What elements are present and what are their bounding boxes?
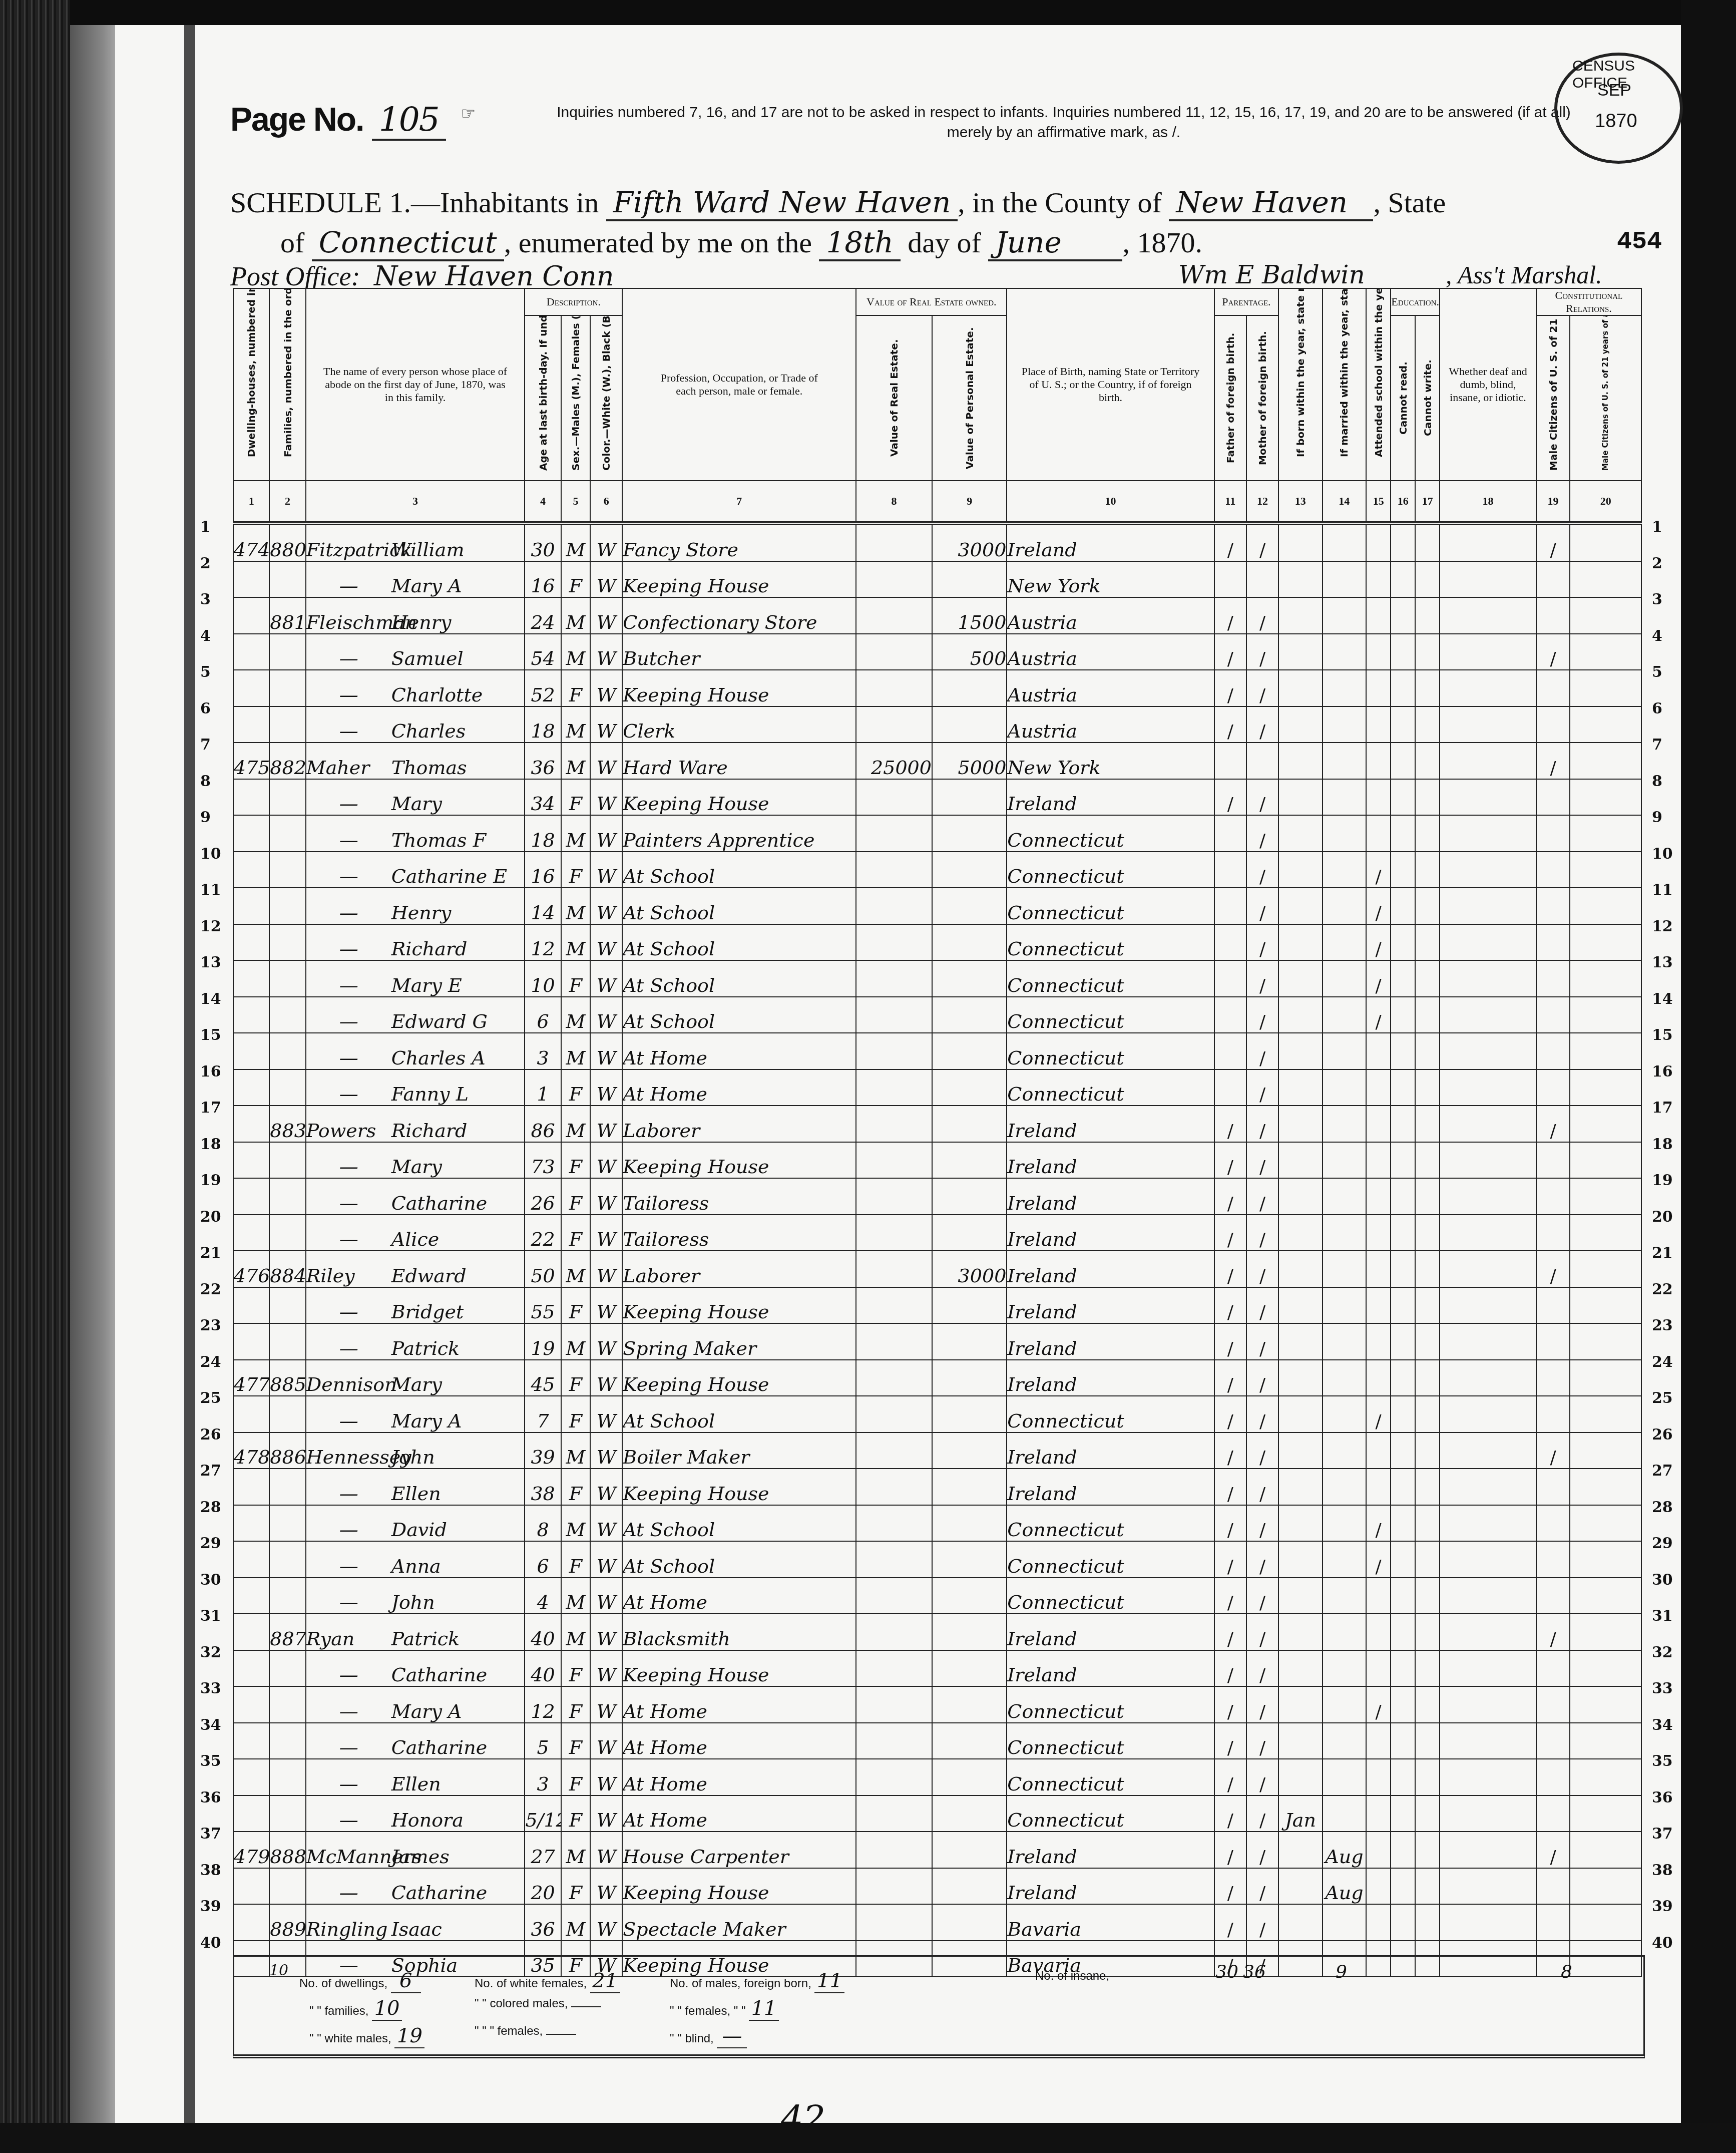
dwelling-number [233, 634, 269, 670]
attended-school-mark [1366, 1759, 1391, 1796]
cannot-read-mark [1391, 997, 1415, 1033]
surname: Ringling [306, 1918, 391, 1940]
cannot-write-mark [1415, 1759, 1440, 1796]
totals-blind: " " blind, — [670, 2024, 747, 2048]
color: W [590, 1868, 622, 1905]
mother-foreign-mark: / [1246, 1287, 1278, 1324]
cannot-write-mark [1415, 1360, 1440, 1396]
father-foreign-mark [1214, 743, 1246, 779]
line-number-left: 26 [200, 1426, 221, 1444]
dwelling-number: 476 [233, 1251, 269, 1287]
married-month [1323, 1686, 1367, 1723]
father-foreign-mark: / [1214, 706, 1246, 743]
totals-colored-males: " " colored males, [475, 1997, 601, 2011]
family-number [269, 1686, 305, 1723]
header-deaf-blind: Whether deaf and dumb, blind, insane, or… [1440, 288, 1536, 481]
birthplace: Austria [1007, 706, 1214, 743]
vote-denied-mark [1570, 1469, 1641, 1505]
attended-school-mark [1366, 1323, 1391, 1360]
occupation: Tailoress [622, 1178, 856, 1215]
line-number-right: 38 [1652, 1862, 1673, 1879]
person-name: —Ellen [306, 1759, 525, 1796]
born-month [1278, 1759, 1323, 1796]
given-name: Catharine [391, 1664, 487, 1686]
line-number-left: 8 [200, 773, 211, 790]
age: 16 [525, 852, 561, 888]
sex: M [561, 1033, 590, 1069]
person-name: —Thomas F [306, 815, 525, 852]
line-number-right: 8 [1652, 773, 1662, 790]
vote-denied-mark [1570, 670, 1641, 706]
male-citizen-mark: / [1536, 1432, 1570, 1469]
mother-foreign-mark: / [1246, 1904, 1278, 1941]
deaf-blind [1440, 1142, 1536, 1179]
birthplace: Connecticut [1007, 1033, 1214, 1069]
born-month [1278, 1142, 1323, 1179]
married-month [1323, 1396, 1367, 1432]
birthplace: Connecticut [1007, 1396, 1214, 1432]
line-number-right: 28 [1652, 1499, 1673, 1516]
surname: Dennison [306, 1373, 391, 1395]
color: W [590, 1541, 622, 1578]
vote-denied-mark [1570, 1832, 1641, 1868]
cannot-write-mark [1415, 743, 1440, 779]
given-name: Catharine [391, 1882, 487, 1904]
married-month [1323, 924, 1367, 961]
line-number-right: 17 [1652, 1099, 1673, 1117]
real-estate-value [856, 1759, 932, 1796]
married-month [1323, 561, 1367, 598]
real-estate-value [856, 1215, 932, 1251]
male-citizen-mark [1536, 1904, 1570, 1941]
dwelling-number [233, 1215, 269, 1251]
age: 54 [525, 634, 561, 670]
surname: — [306, 1228, 391, 1250]
surname: Riley [306, 1265, 391, 1287]
attended-school-mark [1366, 1069, 1391, 1106]
sex: F [561, 852, 590, 888]
sex: M [561, 1578, 590, 1614]
mother-foreign-mark: / [1246, 1541, 1278, 1578]
married-month [1323, 888, 1367, 924]
person-name: —Honora [306, 1796, 525, 1832]
occupation: Fancy Store [622, 523, 856, 561]
married-month [1323, 1614, 1367, 1650]
age: 20 [525, 1868, 561, 1905]
real-estate-value [856, 997, 932, 1033]
sex: F [561, 1069, 590, 1106]
family-number [269, 1578, 305, 1614]
person-name: HennesseyJohn [306, 1432, 525, 1469]
header-age: Age at last birth-day. If under 1 year, … [525, 315, 561, 481]
vote-denied-mark [1570, 1396, 1641, 1432]
attended-school-mark [1366, 1033, 1391, 1069]
color: W [590, 1396, 622, 1432]
cannot-write-mark [1415, 779, 1440, 816]
birthplace: Austria [1007, 670, 1214, 706]
age: 16 [525, 561, 561, 598]
state-field: Connecticut [312, 225, 504, 261]
sex: M [561, 597, 590, 634]
real-estate-value [856, 1323, 932, 1360]
born-month [1278, 1650, 1323, 1687]
given-name: David [391, 1519, 447, 1541]
line-number-left: 21 [200, 1244, 221, 1262]
sex: F [561, 1541, 590, 1578]
occupation: Keeping House [622, 779, 856, 816]
birthplace: Ireland [1007, 1215, 1214, 1251]
deaf-blind [1440, 1287, 1536, 1324]
deaf-blind [1440, 743, 1536, 779]
vote-denied-mark [1570, 1069, 1641, 1106]
family-number [269, 670, 305, 706]
line-number-left: 38 [200, 1862, 221, 1879]
father-foreign-mark: / [1214, 1759, 1246, 1796]
vote-denied-mark [1570, 706, 1641, 743]
day-field: 18th [819, 225, 900, 261]
birthplace: Ireland [1007, 1106, 1214, 1142]
real-estate-value [856, 1106, 932, 1142]
attended-school-mark [1366, 1832, 1391, 1868]
given-name: Mary [391, 793, 442, 815]
line-number-right: 34 [1652, 1716, 1673, 1734]
male-citizen-mark: / [1536, 523, 1570, 561]
occupation: At School [622, 1505, 856, 1542]
father-foreign-mark [1214, 561, 1246, 598]
sex: M [561, 1432, 590, 1469]
personal-estate-value [932, 1323, 1007, 1360]
age: 6 [525, 1541, 561, 1578]
dwelling-number [233, 670, 269, 706]
family-number [269, 924, 305, 961]
surname: — [306, 793, 391, 815]
surname: — [306, 575, 391, 597]
color: W [590, 1323, 622, 1360]
deaf-blind [1440, 1578, 1536, 1614]
married-month [1323, 997, 1367, 1033]
surname: — [306, 865, 391, 887]
totals-father-foreign: 30 [1215, 1962, 1238, 1982]
dwelling-number [233, 1614, 269, 1650]
county-field: New Haven [1169, 185, 1373, 221]
male-citizen-mark [1536, 1868, 1570, 1905]
deaf-blind [1440, 1251, 1536, 1287]
cannot-read-mark [1391, 1904, 1415, 1941]
month-field: June [988, 225, 1122, 261]
header-vote-denied: Male Citizens of U. S. of 21 years of ag… [1570, 315, 1641, 481]
born-month [1278, 1686, 1323, 1723]
person-name: —Mary A [306, 1396, 525, 1432]
totals-white-males: " " white males, 19 [309, 2024, 424, 2048]
cannot-write-mark [1415, 1614, 1440, 1650]
sex: F [561, 1396, 590, 1432]
cannot-read-mark [1391, 670, 1415, 706]
sex: F [561, 1178, 590, 1215]
line-number-right: 16 [1652, 1063, 1673, 1081]
cannot-write-mark [1415, 852, 1440, 888]
birthplace: Ireland [1007, 1614, 1214, 1650]
real-estate-value [856, 1796, 932, 1832]
born-month [1278, 1469, 1323, 1505]
line-number-right: 39 [1652, 1898, 1673, 1915]
vote-denied-mark [1570, 815, 1641, 852]
table-row: —Ellen38FWKeeping HouseIreland// [233, 1469, 1641, 1505]
header-cannot-read: Cannot read. [1391, 315, 1415, 481]
cannot-write-mark [1415, 1287, 1440, 1324]
real-estate-value [856, 1432, 932, 1469]
line-number-left: 29 [200, 1535, 221, 1552]
cannot-write-mark [1415, 815, 1440, 852]
occupation: At Home [622, 1578, 856, 1614]
scan-right-border [1681, 0, 1736, 2153]
cannot-write-mark [1415, 1650, 1440, 1687]
family-number [269, 1868, 305, 1905]
born-month [1278, 1541, 1323, 1578]
age: 10 [525, 960, 561, 997]
color: W [590, 1069, 622, 1106]
personal-estate-value: 1500 [932, 597, 1007, 634]
occupation: Keeping House [622, 1142, 856, 1179]
color: W [590, 1469, 622, 1505]
person-name: —Edward G [306, 997, 525, 1033]
family-number [269, 815, 305, 852]
family-number [269, 888, 305, 924]
table-row: 475882MaherThomas36MWHard Ware250005000N… [233, 743, 1641, 779]
age: 40 [525, 1614, 561, 1650]
cannot-write-mark [1415, 706, 1440, 743]
color: W [590, 1796, 622, 1832]
color: W [590, 1251, 622, 1287]
cannot-write-mark [1415, 1578, 1440, 1614]
dwelling-number [233, 1541, 269, 1578]
father-foreign-mark [1214, 1069, 1246, 1106]
totals-footer: 10 No. of dwellings, 6 No. of white fema… [233, 1955, 1645, 2058]
deaf-blind [1440, 1541, 1536, 1578]
attended-school-mark [1366, 1469, 1391, 1505]
person-name: —John [306, 1578, 525, 1614]
real-estate-value [856, 1578, 932, 1614]
surname: — [306, 1773, 391, 1795]
line-number-left: 28 [200, 1499, 221, 1516]
age: 18 [525, 815, 561, 852]
personal-estate-value [932, 1142, 1007, 1179]
birthplace: Ireland [1007, 1178, 1214, 1215]
person-name: —Mary [306, 1142, 525, 1179]
person-name: McMannersJames [306, 1832, 525, 1868]
real-estate-value [856, 1723, 932, 1759]
attended-school-mark [1366, 561, 1391, 598]
line-number-left: 39 [200, 1898, 221, 1915]
birthplace: Ireland [1007, 1251, 1214, 1287]
father-foreign-mark [1214, 815, 1246, 852]
vote-denied-mark [1570, 561, 1641, 598]
surname: — [306, 974, 391, 996]
line-number-right: 33 [1652, 1680, 1673, 1697]
person-name: —Catharine [306, 1723, 525, 1759]
real-estate-value [856, 706, 932, 743]
surname: — [306, 1809, 391, 1831]
born-month [1278, 815, 1323, 852]
cannot-read-mark [1391, 1287, 1415, 1324]
color: W [590, 1432, 622, 1469]
personal-estate-value [932, 779, 1007, 816]
personal-estate-value [932, 1723, 1007, 1759]
family-number [269, 1759, 305, 1796]
attended-school-mark [1366, 1432, 1391, 1469]
dwelling-number [233, 1759, 269, 1796]
born-month [1278, 670, 1323, 706]
attended-school-mark [1366, 1614, 1391, 1650]
personal-estate-value [932, 960, 1007, 997]
line-number-left: 18 [200, 1136, 221, 1153]
person-name: —Ellen [306, 1469, 525, 1505]
attended-school-mark [1366, 706, 1391, 743]
born-month [1278, 1868, 1323, 1905]
vote-denied-mark [1570, 924, 1641, 961]
age: 5 [525, 1723, 561, 1759]
occupation: Keeping House [622, 1868, 856, 1905]
surname: — [306, 902, 391, 924]
surname: — [306, 1591, 391, 1613]
married-month [1323, 1178, 1367, 1215]
father-foreign-mark: / [1214, 1868, 1246, 1905]
line-number-right: 5 [1652, 663, 1662, 681]
given-name: Catharine E [391, 865, 507, 887]
header-dwelling: Dwelling-houses, numbered in the order o… [233, 288, 269, 481]
born-month [1278, 852, 1323, 888]
person-name: —Charles [306, 706, 525, 743]
male-citizen-mark [1536, 1723, 1570, 1759]
born-month [1278, 1287, 1323, 1324]
person-name: RyanPatrick [306, 1614, 525, 1650]
birthplace: Ireland [1007, 1287, 1214, 1324]
birthplace: Ireland [1007, 1142, 1214, 1179]
mother-foreign-mark: / [1246, 779, 1278, 816]
deaf-blind [1440, 1650, 1536, 1687]
cannot-read-mark [1391, 1541, 1415, 1578]
married-month [1323, 1904, 1367, 1941]
family-number: 881 [269, 597, 305, 634]
line-number-right: 23 [1652, 1317, 1673, 1334]
father-foreign-mark: / [1214, 1251, 1246, 1287]
male-citizen-mark: / [1536, 1614, 1570, 1650]
cannot-read-mark [1391, 1323, 1415, 1360]
line-number-right: 15 [1652, 1026, 1673, 1044]
line-number-right: 13 [1652, 954, 1673, 971]
deaf-blind [1440, 523, 1536, 561]
table-row: —Ellen3FWAt HomeConnecticut// [233, 1759, 1641, 1796]
surname: Ryan [306, 1628, 391, 1650]
dwelling-number: 477 [233, 1360, 269, 1396]
attended-school-mark: / [1366, 924, 1391, 961]
sex: F [561, 1215, 590, 1251]
header-male-citizen: Male Citizens of U. S. of 21 years of ag… [1536, 315, 1570, 481]
male-citizen-mark [1536, 924, 1570, 961]
father-foreign-mark: / [1214, 1723, 1246, 1759]
attended-school-mark: / [1366, 1505, 1391, 1542]
page-number: 105 [372, 100, 446, 141]
attended-school-mark [1366, 1578, 1391, 1614]
vote-denied-mark [1570, 1505, 1641, 1542]
given-name: Henry [391, 902, 452, 924]
mother-foreign-mark: / [1246, 1033, 1278, 1069]
born-month [1278, 1033, 1323, 1069]
cannot-read-mark [1391, 634, 1415, 670]
age: 30 [525, 523, 561, 561]
census-office-stamp: CENSUS OFFICE SEP 1870 [1554, 53, 1683, 164]
personal-estate-value [932, 1069, 1007, 1106]
real-estate-value [856, 1287, 932, 1324]
personal-estate-value [932, 1650, 1007, 1687]
color: W [590, 960, 622, 997]
vote-denied-mark [1570, 1106, 1641, 1142]
line-number-right: 1 [1652, 518, 1662, 536]
surname: Maher [306, 757, 391, 779]
cannot-read-mark [1391, 924, 1415, 961]
line-number-right: 31 [1652, 1607, 1673, 1625]
father-foreign-mark: / [1214, 1650, 1246, 1687]
sex: F [561, 1469, 590, 1505]
married-month [1323, 1541, 1367, 1578]
birthplace: Connecticut [1007, 960, 1214, 997]
birthplace: Ireland [1007, 1650, 1214, 1687]
census-rows: 474880FitzpatrickWilliam30MWFancy Store3… [233, 523, 1641, 1977]
color: W [590, 634, 622, 670]
attended-school-mark [1366, 1178, 1391, 1215]
birthplace: Connecticut [1007, 1069, 1214, 1106]
line-number-right: 21 [1652, 1244, 1673, 1262]
table-row: —Mary73FWKeeping HouseIreland// [233, 1142, 1641, 1179]
table-row: —Catharine5FWAt HomeConnecticut// [233, 1723, 1641, 1759]
cannot-write-mark [1415, 634, 1440, 670]
vote-denied-mark [1570, 1723, 1641, 1759]
mother-foreign-mark: / [1246, 634, 1278, 670]
given-name: Bridget [391, 1301, 464, 1323]
deaf-blind [1440, 815, 1536, 852]
table-row: —Mary A7FWAt SchoolConnecticut/// [233, 1396, 1641, 1432]
person-name: —Patrick [306, 1323, 525, 1360]
married-month [1323, 1578, 1367, 1614]
dwelling-number [233, 561, 269, 598]
male-citizen-mark [1536, 1686, 1570, 1723]
occupation: At School [622, 960, 856, 997]
cannot-write-mark [1415, 1396, 1440, 1432]
table-row: 476884RileyEdward50MWLaborer3000Ireland/… [233, 1251, 1641, 1287]
sex: F [561, 1650, 590, 1687]
age: 19 [525, 1323, 561, 1360]
line-number-left: 20 [200, 1208, 221, 1226]
header-education: Education. [1391, 288, 1440, 315]
surname: — [306, 1664, 391, 1686]
cannot-read-mark [1391, 1069, 1415, 1106]
married-month [1323, 1723, 1367, 1759]
age: 4 [525, 1578, 561, 1614]
person-name: DennisonMary [306, 1360, 525, 1396]
vote-denied-mark [1570, 1215, 1641, 1251]
male-citizen-mark [1536, 1759, 1570, 1796]
table-row: 881FleischmanHenry24MWConfectionary Stor… [233, 597, 1641, 634]
birthplace: Connecticut [1007, 888, 1214, 924]
family-number [269, 1505, 305, 1542]
dwelling-number [233, 1469, 269, 1505]
deaf-blind [1440, 1106, 1536, 1142]
occupation: Keeping House [622, 1469, 856, 1505]
color: W [590, 852, 622, 888]
male-citizen-mark [1536, 1541, 1570, 1578]
color: W [590, 1178, 622, 1215]
table-row: 478886HennesseyJohn39MWBoiler MakerIrela… [233, 1432, 1641, 1469]
given-name: John [391, 1446, 435, 1468]
